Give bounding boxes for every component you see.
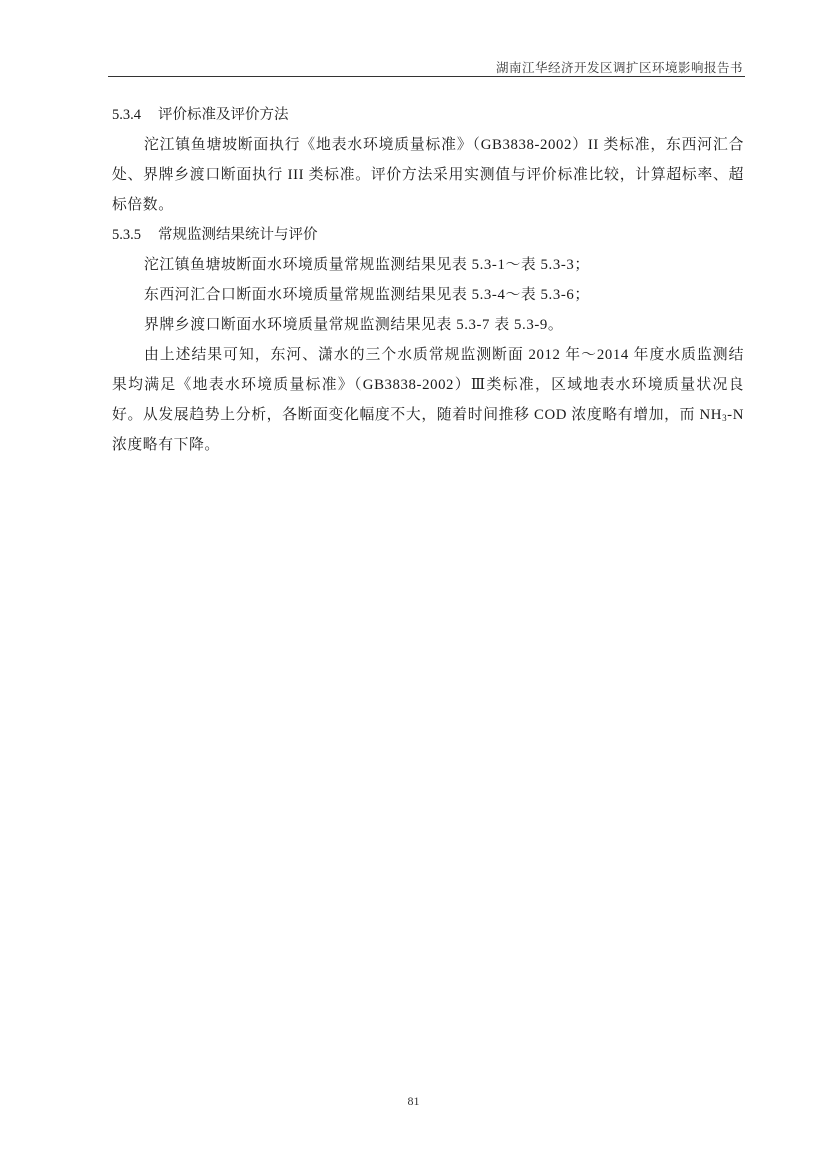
conclusion-text: 由上述结果可知，东河、潇水的三个水质常规监测断面 2012 年～2014 年度水… [112, 347, 744, 423]
monitoring-result-line: 沱江镇鱼塘坡断面水环境质量常规监测结果见表 5.3-1～表 5.3-3； [112, 250, 744, 280]
section-title: 常规监测结果统计与评价 [158, 227, 318, 243]
monitoring-result-line: 东西河汇合口断面水环境质量常规监测结果见表 5.3-4～表 5.3-6； [112, 280, 744, 310]
section-heading-5-3-5: 5.3.5常规监测结果统计与评价 [112, 220, 744, 250]
document-body: 5.3.4评价标准及评价方法 沱江镇鱼塘坡断面执行《地表水环境质量标准》（GB3… [112, 100, 744, 460]
page-number: 81 [0, 1094, 827, 1109]
page-header: 湖南江华经济开发区调扩区环境影响报告书 [108, 58, 745, 77]
section-number: 5.3.4 [112, 100, 158, 130]
evaluation-standard-paragraph: 沱江镇鱼塘坡断面执行《地表水环境质量标准》（GB3838-2002）II 类标准… [112, 130, 744, 220]
conclusion-paragraph: 由上述结果可知，东河、潇水的三个水质常规监测断面 2012 年～2014 年度水… [112, 340, 744, 460]
section-heading-5-3-4: 5.3.4评价标准及评价方法 [112, 100, 744, 130]
monitoring-result-line: 界牌乡渡口断面水环境质量常规监测结果见表 5.3-7 表 5.3-9。 [112, 310, 744, 340]
report-title: 湖南江华经济开发区调扩区环境影响报告书 [496, 58, 743, 76]
section-number: 5.3.5 [112, 220, 158, 250]
section-title: 评价标准及评价方法 [158, 107, 289, 123]
